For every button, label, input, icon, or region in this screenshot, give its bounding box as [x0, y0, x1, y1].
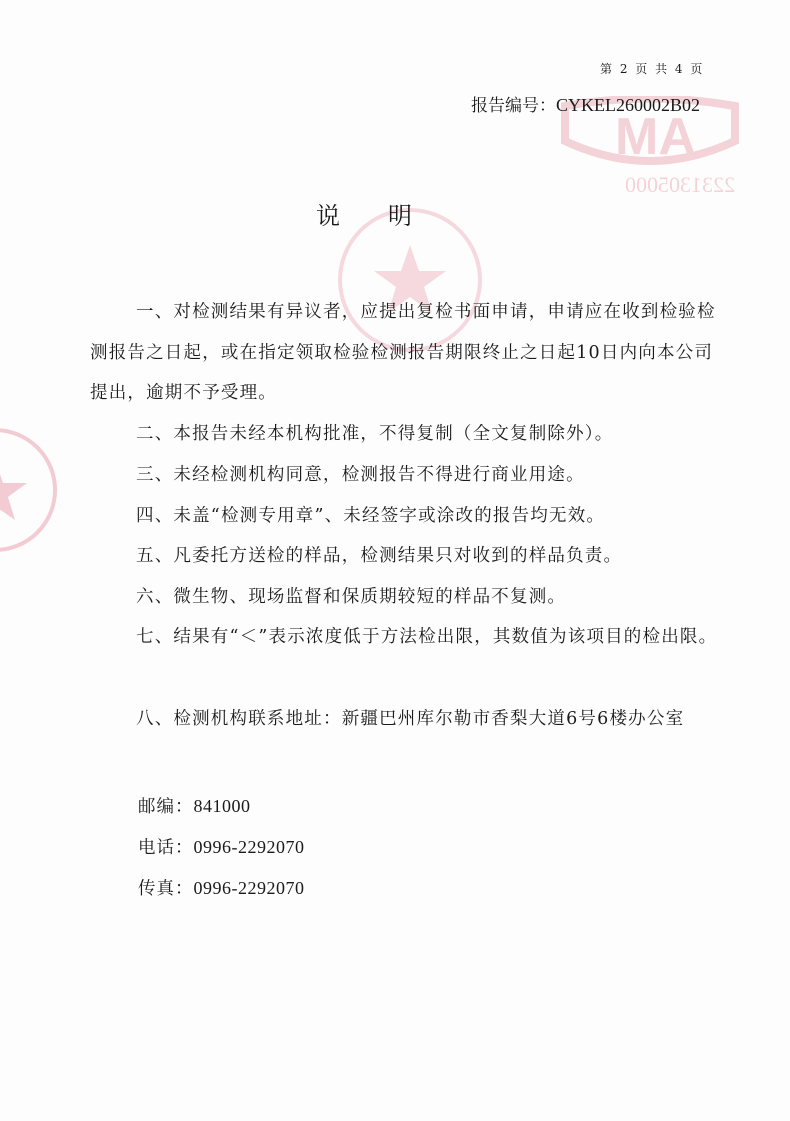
phone-line: 电话：0996-2292070 [138, 834, 305, 859]
note-item-5: 五、凡委托方送检的样品，检测结果只对收到的样品负责。 [90, 536, 720, 577]
note-item-8: 八、检测机构联系地址：新疆巴州库尔勒市香梨大道6号6楼办公室 [90, 699, 720, 740]
fax-value: 0996-2292070 [194, 878, 305, 898]
report-number: 报告编号：CYKEL260002B02 [471, 91, 700, 116]
page-title: 说明 [316, 196, 460, 231]
report-number-label: 报告编号： [471, 96, 556, 116]
svg-text:MA: MA [615, 108, 696, 166]
note-item-6: 六、微生物、现场监督和保质期较短的样品不复测。 [90, 577, 720, 618]
note-item-4: 四、未盖“检测专用章”、未经签字或涂改的报告均无效。 [90, 496, 720, 537]
report-number-value: CYKEL260002B02 [556, 95, 700, 115]
edge-seal-icon [0, 425, 60, 555]
note-item-1: 一、对检测结果有异议者，应提出复检书面申请，申请应在收到检验检测报告之日起，或在… [90, 292, 720, 414]
fax-label: 传真： [138, 879, 194, 899]
phone-label: 电话： [138, 838, 194, 858]
fax-line: 传真：0996-2292070 [138, 875, 305, 900]
page-indicator: 第 2 页 共 4 页 [600, 60, 704, 77]
postcode-value: 841000 [194, 796, 251, 816]
note-item-2: 二、本报告未经本机构批准，不得复制（全文复制除外）。 [90, 414, 720, 455]
note-item-3: 三、未经检测机构同意，检测报告不得进行商业用途。 [90, 455, 720, 496]
note-item-7: 七、结果有“＜”表示浓度低于方法检出限，其数值为该项目的检出限。 [90, 617, 720, 658]
phone-value: 0996-2292070 [194, 837, 305, 857]
postcode-line: 邮编：841000 [138, 793, 251, 818]
svg-text:2231305000: 2231305000 [625, 172, 735, 196]
postcode-label: 邮编： [138, 797, 194, 817]
